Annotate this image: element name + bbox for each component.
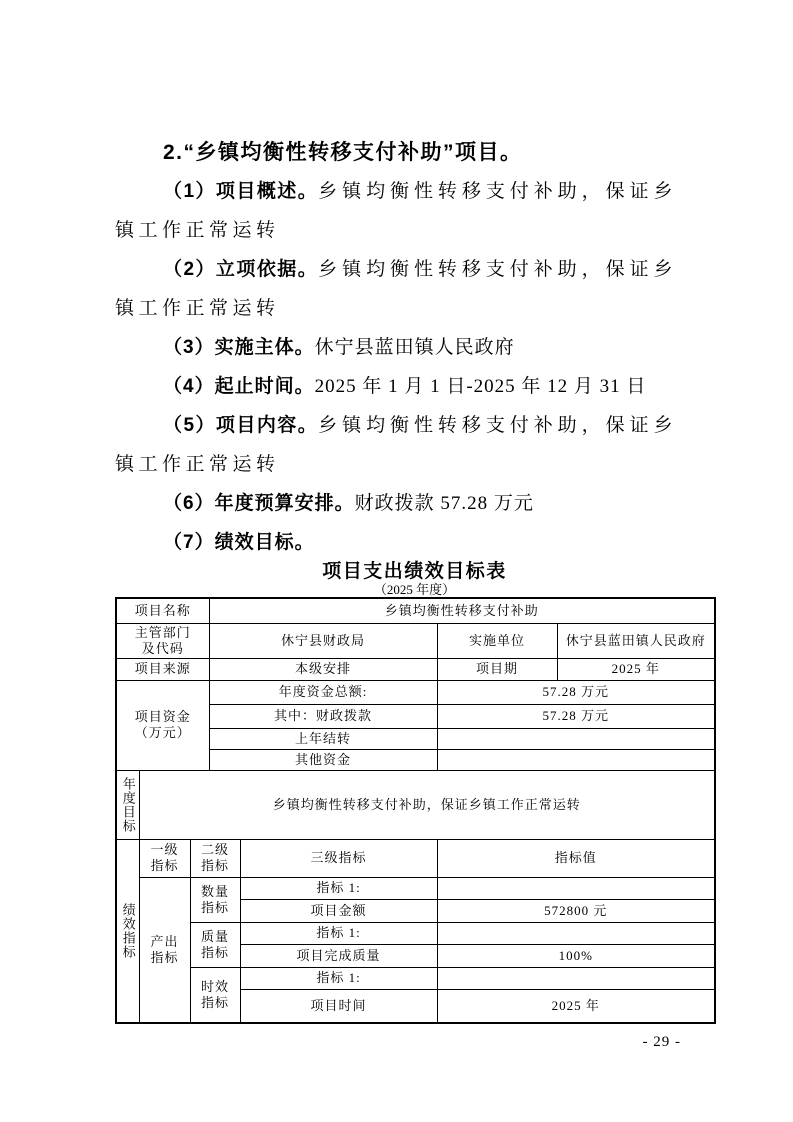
- paragraph-label: （4）起止时间。: [163, 376, 315, 397]
- cell-quantity-value-1: [437, 877, 715, 899]
- table-title: 项目支出绩效目标表: [115, 562, 714, 582]
- cell-funds-other-value: [437, 749, 715, 770]
- paragraph: （6）年度预算安排。财政拨款 57.28 万元: [115, 484, 677, 523]
- cell-quality-l3-1: 指标 1:: [240, 922, 437, 944]
- cell-header-level2: 二级 指标: [190, 839, 240, 877]
- paragraph: （5）项目内容。乡镇均衡性转移支付补助，保证乡镇工作正常运转: [115, 406, 677, 484]
- section-heading: 2.“乡镇均衡性转移支付补助”项目。: [115, 133, 677, 172]
- cell-annual-goal-label: 年度目标: [116, 770, 139, 839]
- cell-header-level3: 三级指标: [240, 839, 437, 877]
- performance-target-table: 项目名称 乡镇均衡性转移支付补助 主管部门 及代码 休宁县财政局 实施单位 休宁…: [115, 597, 716, 1024]
- cell-header-level1: 一级 指标: [139, 839, 190, 877]
- cell-annual-goal-text: 乡镇均衡性转移支付补助，保证乡镇工作正常运转: [139, 770, 715, 839]
- cell-source-label: 项目来源: [116, 658, 209, 680]
- cell-funds-other-label: 其他资金: [209, 749, 437, 770]
- cell-period-label: 项目期: [437, 658, 557, 680]
- cell-funds-label: 项目资金 （万元）: [116, 680, 209, 770]
- cell-timeliness-l3-2: 项目时间: [240, 989, 437, 1023]
- document-content: 2.“乡镇均衡性转移支付补助”项目。 （1）项目概述。乡镇均衡性转移支付补助，保…: [115, 133, 715, 1024]
- table-row: 年度目标 乡镇均衡性转移支付补助，保证乡镇工作正常运转: [116, 770, 715, 839]
- cell-timeliness-l3-1: 指标 1:: [240, 967, 437, 989]
- paragraph-label: （3）实施主体。: [163, 337, 315, 358]
- cell-impl-unit-label: 实施单位: [437, 623, 557, 658]
- paragraph: （1）项目概述。乡镇均衡性转移支付补助，保证乡镇工作正常运转: [115, 172, 677, 250]
- cell-project-name: 乡镇均衡性转移支付补助: [209, 598, 715, 623]
- page-number: - 29 -: [643, 1034, 682, 1051]
- cell-impl-unit: 休宁县蓝田镇人民政府: [557, 623, 715, 658]
- cell-funds-carryover-value: [437, 728, 715, 749]
- paragraph-label: （5）项目内容。: [163, 415, 318, 436]
- table-row: 时效 指标 指标 1:: [116, 967, 715, 989]
- paragraph: （2）立项依据。乡镇均衡性转移支付补助，保证乡镇工作正常运转: [115, 250, 677, 328]
- cell-project-name-label: 项目名称: [116, 598, 209, 623]
- cell-perf-label: 绩效指标: [116, 839, 139, 1023]
- cell-header-value: 指标值: [437, 839, 715, 877]
- paragraph-label: （2）立项依据。: [163, 259, 318, 280]
- table-row: 主管部门 及代码 休宁县财政局 实施单位 休宁县蓝田镇人民政府: [116, 623, 715, 658]
- table-row: 项目名称 乡镇均衡性转移支付补助: [116, 598, 715, 623]
- table-row: 产出 指标 数量 指标 指标 1:: [116, 877, 715, 899]
- cell-quantity-indicator: 数量 指标: [190, 877, 240, 922]
- paragraph: （4）起止时间。2025 年 1 月 1 日-2025 年 12 月 31 日: [115, 367, 677, 406]
- table-subtitle: （2025 年度）: [115, 582, 714, 597]
- cell-output-indicator: 产出 指标: [139, 877, 190, 1023]
- cell-timeliness-value-2: 2025 年: [437, 989, 715, 1023]
- cell-quality-indicator: 质量 指标: [190, 922, 240, 967]
- paragraph-label: （1）项目概述。: [163, 181, 318, 202]
- cell-dept: 休宁县财政局: [209, 623, 437, 658]
- cell-funds-fiscal-label: 其中：财政拨款: [209, 704, 437, 728]
- paragraph-label: （6）年度预算安排。: [163, 493, 355, 514]
- paragraph: （3）实施主体。休宁县蓝田镇人民政府: [115, 328, 677, 367]
- cell-funds-total-label: 年度资金总额:: [209, 680, 437, 704]
- cell-quantity-l3-2: 项目金额: [240, 899, 437, 922]
- paragraph-text: 2025 年 1 月 1 日-2025 年 12 月 31 日: [315, 376, 647, 397]
- cell-quantity-value-2: 572800 元: [437, 899, 715, 922]
- paragraph-text: 休宁县蓝田镇人民政府: [315, 337, 515, 358]
- cell-quality-l3-2: 项目完成质量: [240, 944, 437, 967]
- cell-timeliness-value-1: [437, 967, 715, 989]
- cell-quantity-l3-1: 指标 1:: [240, 877, 437, 899]
- table-row: 项目资金 （万元） 年度资金总额: 57.28 万元: [116, 680, 715, 704]
- table-row: 绩效指标 一级 指标 二级 指标 三级指标 指标值: [116, 839, 715, 877]
- cell-period: 2025 年: [557, 658, 715, 680]
- cell-timeliness-indicator: 时效 指标: [190, 967, 240, 1023]
- paragraph: （7）绩效目标。: [115, 523, 677, 562]
- paragraph-text: 财政拨款 57.28 万元: [355, 493, 534, 514]
- cell-funds-carryover-label: 上年结转: [209, 728, 437, 749]
- cell-quality-value-1: [437, 922, 715, 944]
- cell-dept-label: 主管部门 及代码: [116, 623, 209, 658]
- document-page: 2.“乡镇均衡性转移支付补助”项目。 （1）项目概述。乡镇均衡性转移支付补助，保…: [0, 0, 793, 1122]
- table-row: 项目来源 本级安排 项目期 2025 年: [116, 658, 715, 680]
- paragraph-label: （7）绩效目标。: [163, 532, 315, 553]
- cell-quality-value-2: 100%: [437, 944, 715, 967]
- cell-funds-total-value: 57.28 万元: [437, 680, 715, 704]
- cell-source: 本级安排: [209, 658, 437, 680]
- table-row: 质量 指标 指标 1:: [116, 922, 715, 944]
- cell-funds-fiscal-value: 57.28 万元: [437, 704, 715, 728]
